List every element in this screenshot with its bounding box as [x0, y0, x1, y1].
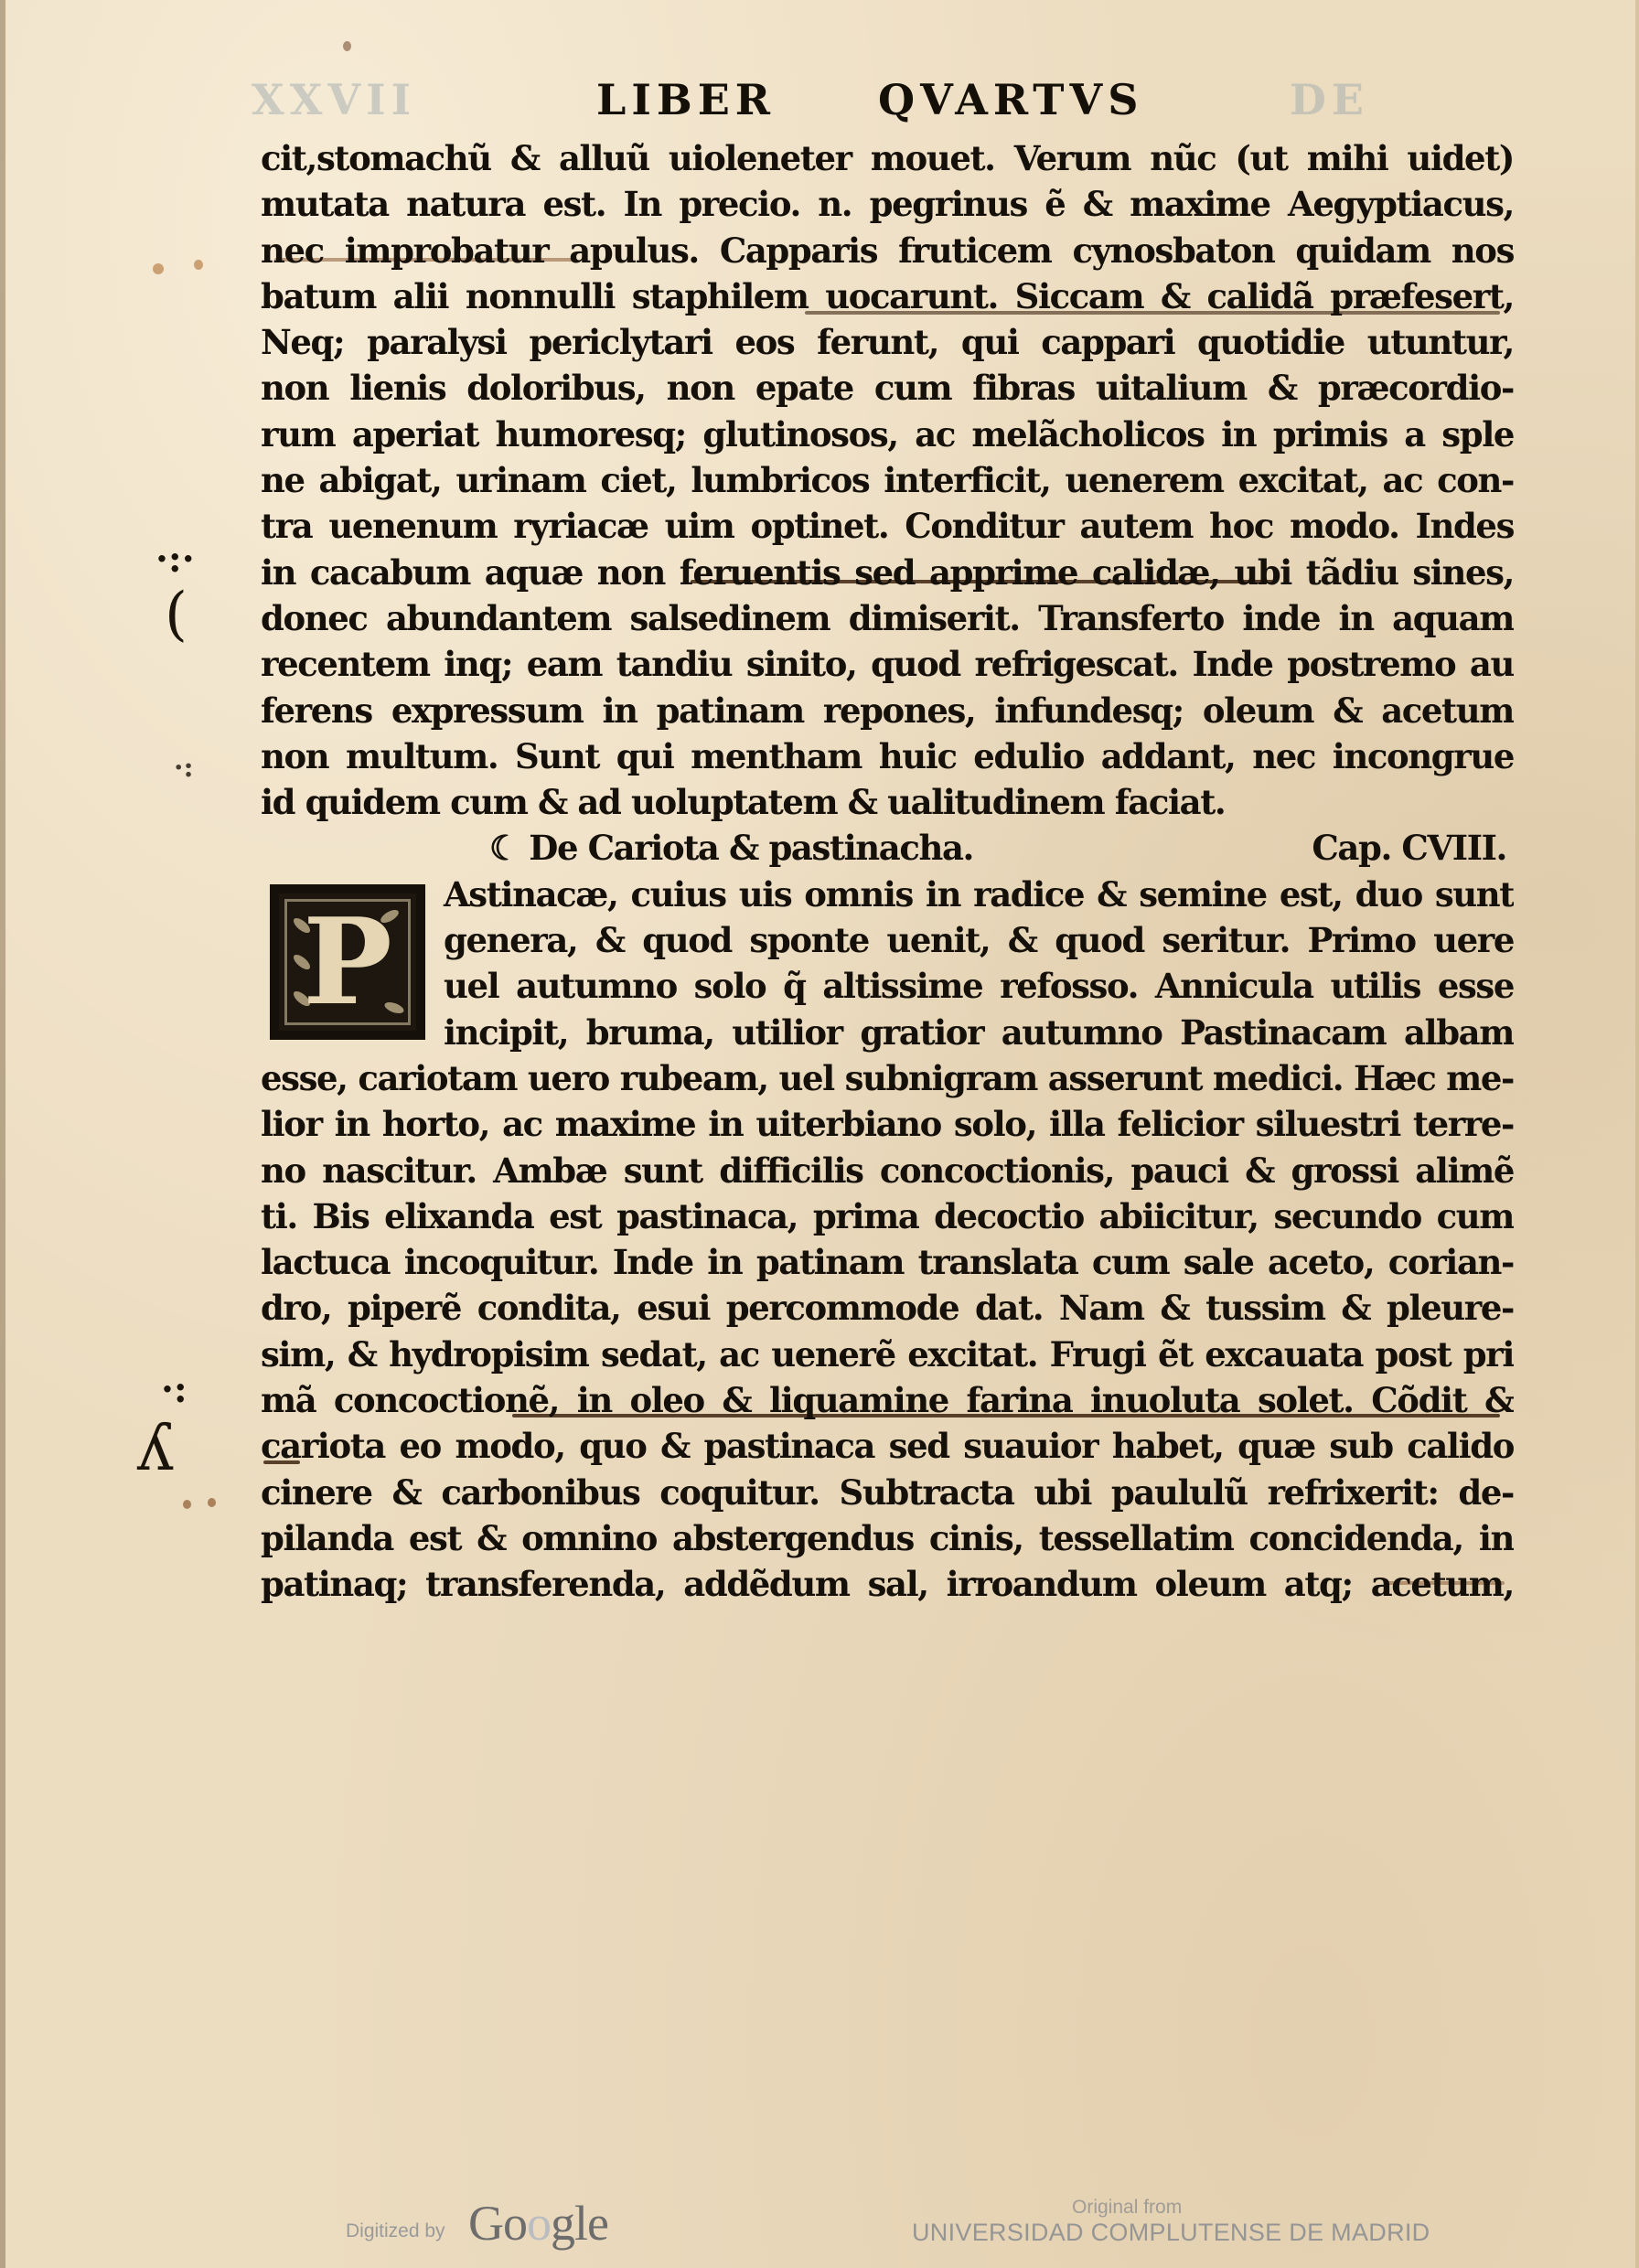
page-edge-left	[0, 0, 5, 2268]
text-line: uel autumno solo q̃ altissime refosso. A…	[261, 963, 1514, 1009]
text-line: mã concoctionẽ, in oleo & liquamine fari…	[261, 1377, 1514, 1423]
running-head-right: QVARTVS	[878, 75, 1143, 124]
chapter-heading: ☾ De Cariota & pastinacha. Cap. CVIII.	[261, 825, 1514, 871]
text-line: non lienis doloribus, non epate cum fibr…	[261, 365, 1514, 411]
text-line: Neq; paralysi periclytari eos ferunt, qu…	[261, 319, 1514, 365]
ink-stain	[343, 41, 351, 51]
digitization-watermark: Digitized by Google Original from UNIVER…	[0, 2195, 1639, 2268]
chapter-number: Cap. CVIII.	[1312, 825, 1506, 871]
text-line: patinaq; transferenda, addẽdum sal, irro…	[261, 1561, 1514, 1607]
margin-note-flourish: ʎ	[137, 1416, 174, 1480]
chapter-opening: P Astinacæ, cuius uis omnis in radice & …	[261, 872, 1514, 1055]
text-line: cit,stomachũ & alluũ uioleneter mouet. V…	[261, 135, 1514, 181]
text-line: no nascitur. Ambæ sunt difficilis concoc…	[261, 1148, 1514, 1193]
google-logo: Google	[468, 2195, 608, 2252]
text-line: tra uenenum ryriacæ uim optinet. Conditu…	[261, 503, 1514, 549]
text-line: sim, & hydropisim sedat, ac uenerẽ excit…	[261, 1332, 1514, 1377]
text-line: pilanda est & omnino abstergendus cinis,…	[261, 1515, 1514, 1561]
margin-note-bracket: (	[165, 585, 187, 644]
text-line: esse, cariotam uero rubeam, uel subnigra…	[261, 1055, 1514, 1101]
ink-stain	[183, 1500, 191, 1509]
text-line: ti. Bis elixanda est pastinaca, prima de…	[261, 1193, 1514, 1239]
text-line: batum alii nonnulli staphilem uocarunt. …	[261, 273, 1514, 319]
text-line: rum aperiat humoresq; glutinosos, ac mel…	[261, 412, 1514, 457]
drop-cap-letter: P	[303, 903, 392, 1022]
text-line: lior in horto, ac maxime in uiterbiano s…	[261, 1101, 1514, 1147]
text-line: ne abigat, urinam ciet, lumbricos interf…	[261, 457, 1514, 503]
text-line: mutata natura est. In precio. n. pegrinu…	[261, 181, 1514, 227]
digitized-by-label: Digitized by	[346, 2220, 445, 2242]
text-line: lactuca incoquitur. Inde in patinam tran…	[261, 1239, 1514, 1285]
show-through-text: DE	[1290, 75, 1369, 124]
chapter-title: ☾ De Cariota & pastinacha.	[489, 825, 973, 871]
text-line: in cacabum aquæ non feruentis sed apprim…	[261, 550, 1514, 595]
text-line: nec improbatur apulus. Capparis fruticem…	[261, 228, 1514, 273]
page-edge-right	[1635, 0, 1639, 2268]
text-line: incipit, bruma, utilior gratior autumno …	[261, 1010, 1514, 1055]
ink-stain	[153, 263, 164, 274]
text-line: cinere & carbonibus coquitur. Subtracta …	[261, 1470, 1514, 1515]
text-line: cariota eo modo, quo & pastinaca sed sua…	[261, 1423, 1514, 1469]
margin-note-dots: ·:	[161, 1372, 187, 1408]
ink-stain	[208, 1498, 216, 1507]
text-line: dro, piperẽ condita, esui percommode dat…	[261, 1285, 1514, 1331]
chapter-title-text: De Cariota & pastinacha.	[529, 828, 973, 868]
margin-note-dots: ·:·	[155, 541, 195, 578]
show-through-text: XXVII	[252, 75, 416, 124]
text-line: donec abundantem salsedinem dimiserit. T…	[261, 595, 1514, 641]
original-from-label: Original from	[1072, 2197, 1182, 2219]
text-line: genera, & quod sponte uenit, & quod seri…	[261, 917, 1514, 963]
text-line: non multum. Sunt qui mentham huic edulio…	[261, 733, 1514, 779]
running-head: XXVII LIBER QVARTVS DE	[0, 75, 1639, 139]
text-line: ferens expressum in patinam repones, inf…	[261, 688, 1514, 733]
source-institution: UNIVERSIDAD COMPLUTENSE DE MADRID	[912, 2219, 1430, 2247]
ink-stain	[194, 260, 203, 270]
text-line: id quidem cum & ad uoluptatem & ualitudi…	[261, 779, 1514, 825]
text-line: Astinacæ, cuius uis omnis in radice & se…	[261, 872, 1514, 917]
drop-cap-initial: P	[270, 884, 425, 1040]
margin-note-dots: ·:	[174, 754, 194, 782]
page-text: cit,stomachũ & alluũ uioleneter mouet. V…	[261, 135, 1514, 1608]
pilcrow-icon: ☾	[489, 828, 519, 868]
text-line: recentem inq; eam tandiu sinito, quod re…	[261, 641, 1514, 687]
running-head-left: LIBER	[596, 75, 776, 124]
